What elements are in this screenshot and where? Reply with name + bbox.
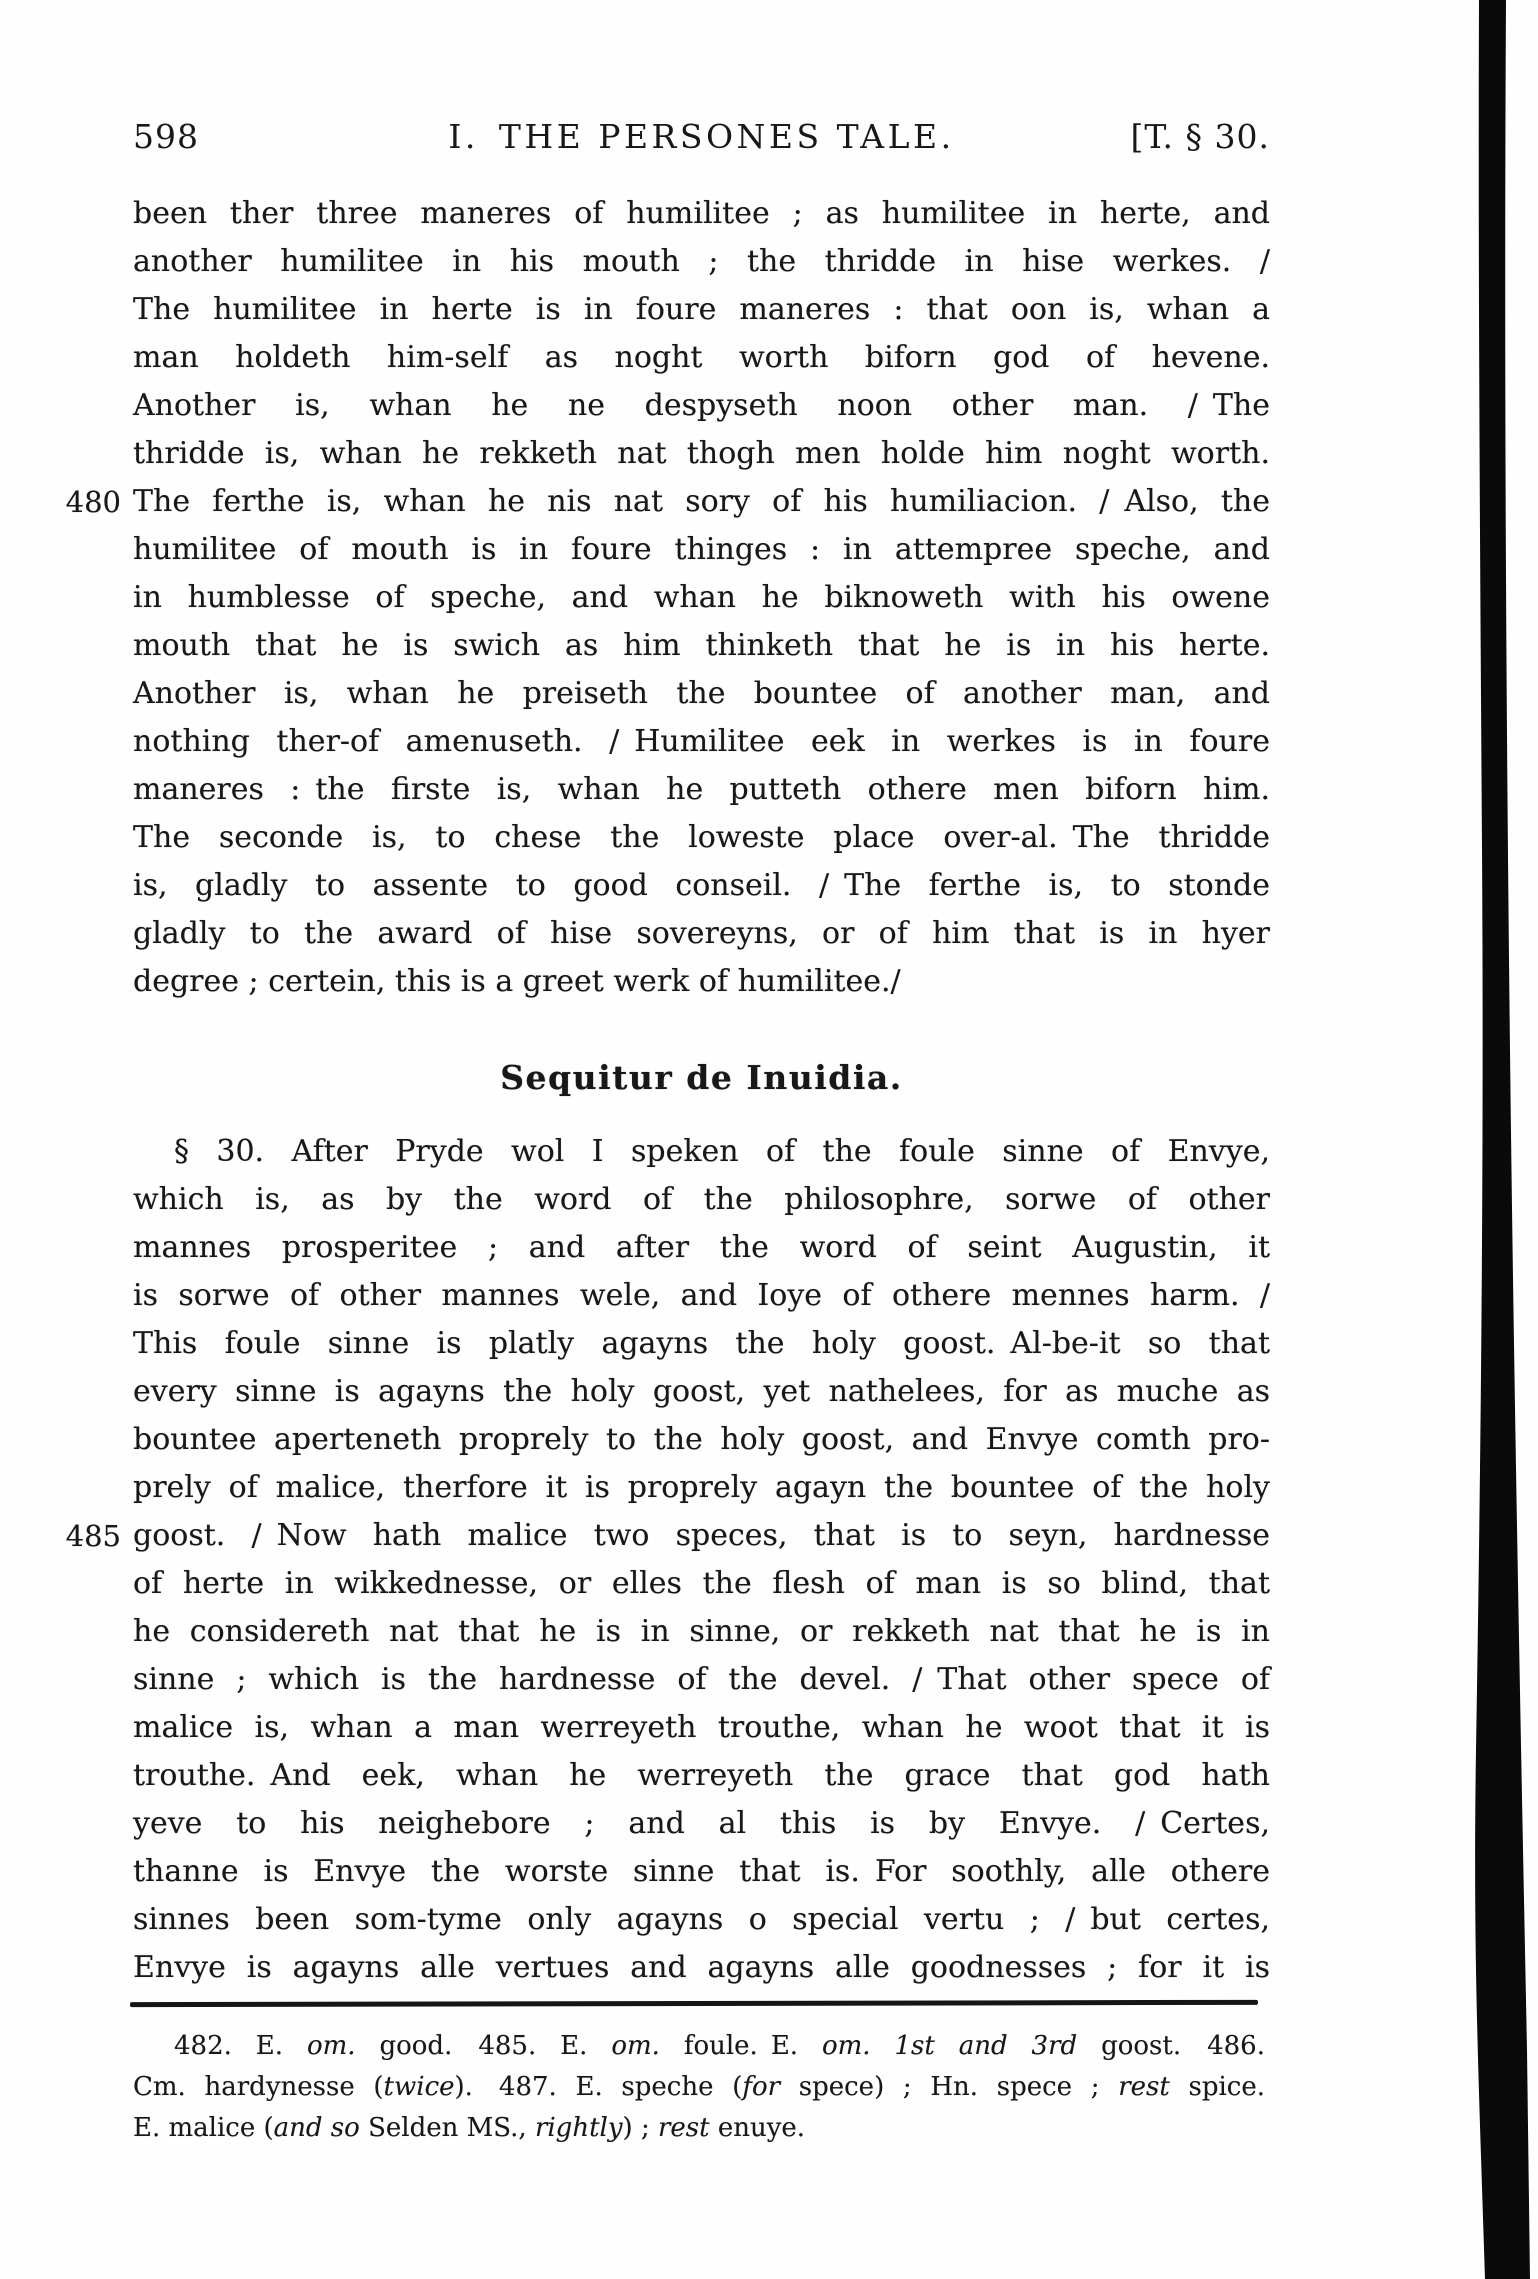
text-line: man holdeth him-self as noght worth bifo… (133, 334, 1270, 382)
text-line: The ferthe is, whan he nis nat sory of h… (133, 478, 1270, 526)
text-line: bountee aperteneth proprely to the holy … (133, 1416, 1270, 1464)
text-line: E. malice (and so Selden MS., rightly) ;… (133, 2108, 1265, 2149)
text-line: Another is, whan he ne despyseth noon ot… (133, 382, 1270, 430)
text-line: goost. / Now hath malice two speces, tha… (133, 1512, 1270, 1560)
text-line: thridde is, whan he rekketh nat thogh me… (133, 430, 1270, 478)
section-reference: [T. § 30. (1131, 116, 1271, 158)
text-line: maneres : the firste is, whan he putteth… (133, 766, 1270, 814)
text-line: 482. E. om. good. 485. E. om. foule. E. … (133, 2026, 1265, 2067)
running-title: I. THE PERSONES TALE. (133, 116, 1270, 158)
footnote-rule (130, 2000, 1258, 2007)
text-line: of herte in wikkednesse, or elles the fl… (133, 1560, 1270, 1608)
text-line: Cm. hardynesse (twice). 487. E. speche (… (133, 2067, 1265, 2108)
paragraph-envye: § 30. After Pryde wol I speken of the fo… (133, 1128, 1270, 1992)
line-number: 480 (66, 478, 121, 526)
text-line: which is, as by the word of the philosop… (133, 1176, 1270, 1224)
text-line: prely of malice, therfore it is proprely… (133, 1464, 1270, 1512)
text-line: Another is, whan he preiseth the bountee… (133, 670, 1270, 718)
text-line: is, gladly to assente to good conseil. /… (133, 862, 1270, 910)
text-line: § 30. After Pryde wol I speken of the fo… (133, 1128, 1270, 1176)
text-line: The seconde is, to chese the loweste pla… (133, 814, 1270, 862)
footnotes-block: 482. E. om. good. 485. E. om. foule. E. … (133, 2026, 1265, 2149)
text-line: he considereth nat that he is in sinne, … (133, 1608, 1270, 1656)
text-line: mouth that he is swich as him thinketh t… (133, 622, 1270, 670)
text-line: mannes prosperitee ; and after the word … (133, 1224, 1270, 1272)
text-line: This foule sinne is platly agayns the ho… (133, 1320, 1270, 1368)
text-line: malice is, whan a man werreyeth trouthe,… (133, 1704, 1270, 1752)
text-line: Envye is agayns alle vertues and agayns … (133, 1944, 1270, 1992)
text-line: trouthe. And eek, whan he werreyeth the … (133, 1752, 1270, 1800)
text-line: been ther three maneres of humilitee ; a… (133, 190, 1270, 238)
text-line: sinnes been som-tyme only agayns o speci… (133, 1896, 1270, 1944)
paragraph-humilitee: been ther three maneres of humilitee ; a… (133, 190, 1270, 1006)
text-line: sinne ; which is the hardnesse of the de… (133, 1656, 1270, 1704)
text-line: every sinne is agayns the holy goost, ye… (133, 1368, 1270, 1416)
text-line: yeve to his neighebore ; and al this is … (133, 1800, 1270, 1848)
section-heading: Sequitur de Inuidia. (133, 1058, 1270, 1098)
text-line: nothing ther-of amenuseth. / Humilitee e… (133, 718, 1270, 766)
book-page: 598 I. THE PERSONES TALE. [T. § 30. been… (0, 0, 1538, 2279)
text-line: is sorwe of other mannes wele, and Ioye … (133, 1272, 1270, 1320)
text-line: thanne is Envye the worste sinne that is… (133, 1848, 1270, 1896)
text-line: degree ; certein, this is a greet werk o… (133, 958, 1270, 1006)
text-line: gladly to the award of hise sovereyns, o… (133, 910, 1270, 958)
page-header: 598 I. THE PERSONES TALE. [T. § 30. (133, 116, 1270, 158)
text-line: in humblesse of speche, and whan he bikn… (133, 574, 1270, 622)
text-line: another humilitee in his mouth ; the thr… (133, 238, 1270, 286)
line-number: 485 (66, 1512, 121, 1560)
text-line: The humilitee in herte is in foure maner… (133, 286, 1270, 334)
text-line: humilitee of mouth is in foure thinges :… (133, 526, 1270, 574)
